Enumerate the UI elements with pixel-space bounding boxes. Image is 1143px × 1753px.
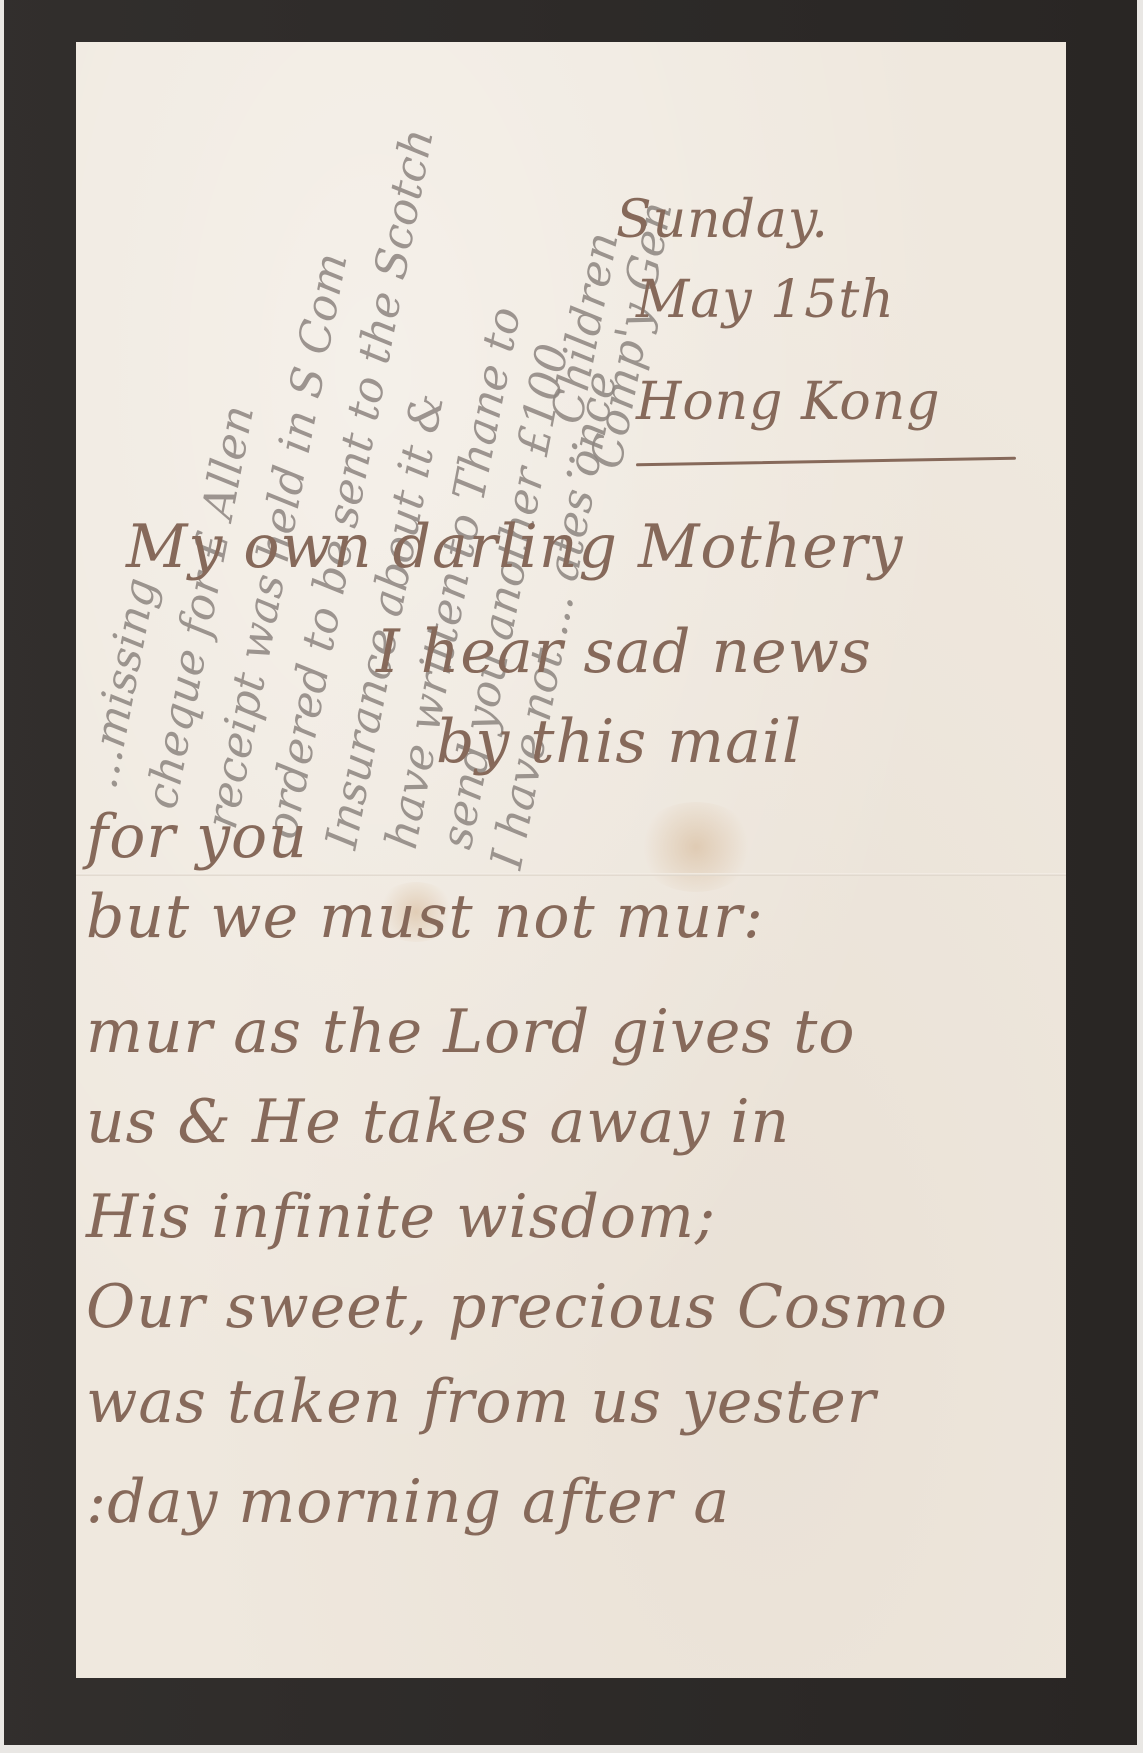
body-line: Our sweet, precious Cosmo xyxy=(86,1272,948,1342)
body-line: :day morning after a xyxy=(86,1467,730,1537)
letter-day: Sunday. xyxy=(616,190,829,250)
body-line: mur as the Lord gives to xyxy=(86,997,856,1067)
body-line: but we must not mur: xyxy=(86,882,764,952)
fold-crease xyxy=(76,873,1066,876)
body-line: was taken from us yester xyxy=(86,1367,876,1437)
body-line: for you xyxy=(86,802,308,872)
letter-date: May 15th xyxy=(636,270,895,330)
salutation: My own darling Mothery xyxy=(126,512,903,582)
body-line: us & He takes away in xyxy=(86,1087,790,1157)
body-line: His infinite wisdom; xyxy=(86,1182,716,1252)
body-line: I hear sad news xyxy=(376,617,872,687)
mourning-border: ...missing cheque for £ Allen receipt wa… xyxy=(4,0,1137,1745)
letter-place: Hong Kong xyxy=(636,372,941,432)
body-line: by this mail xyxy=(436,707,802,777)
letter-page: ...missing cheque for £ Allen receipt wa… xyxy=(76,42,1066,1678)
